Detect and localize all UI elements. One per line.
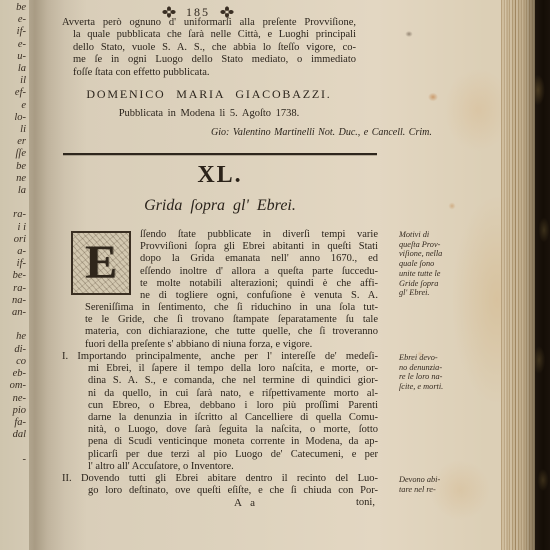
text-line: pena di Scudi venticinque moneta corrent… xyxy=(88,436,378,448)
text-line: viſione, nella xyxy=(399,249,481,259)
text-line: dello Stato, vuole S. A. S., che abbia l… xyxy=(73,42,356,54)
text-line: co xyxy=(0,356,26,368)
text-line: Provviſioni ſopra gli Ebrei abitanti in … xyxy=(140,241,378,253)
text-line: l' altro all' Accuſatore, o Inventore. xyxy=(88,461,378,473)
text-line: ni da quello, in cui ſarà nato, e riſpet… xyxy=(88,388,378,400)
text-line: Gride ſopra xyxy=(399,279,481,289)
text-line: dina S. A. S., e comanda, che nel termin… xyxy=(88,375,378,387)
publication-line: Pubblicata in Modena li 5. Agoſto 1738. xyxy=(62,108,356,119)
text-line: ef- xyxy=(0,87,26,99)
text-line: re le loro na- xyxy=(399,372,481,382)
text-line: be xyxy=(0,161,26,173)
text-line: eb- xyxy=(0,368,26,380)
text-line: u- xyxy=(0,51,26,63)
signature-mark: A a xyxy=(234,497,258,509)
text-line: ra- xyxy=(0,209,26,221)
catchword: toni, xyxy=(356,497,375,508)
closing-paragraph: Avverta però ognuno d' uniformarſi alla … xyxy=(62,17,356,79)
text-line: la quale pubblicata che ſarà nelle Città… xyxy=(73,29,356,41)
section-number: XL. xyxy=(62,162,378,189)
text-line: il xyxy=(0,75,26,87)
text-line: li xyxy=(0,124,26,136)
drop-cap-woodcut: E xyxy=(71,231,131,295)
book-page-edges xyxy=(499,0,535,550)
text-line: ſſendo ſtate pubblicate in diverſi tempi… xyxy=(140,229,378,241)
text-line: lo- xyxy=(0,112,26,124)
text-line: na- xyxy=(0,295,26,307)
intro-text: Sereniſſima in ſentimento, che ſi riduch… xyxy=(85,302,378,351)
text-line: if- xyxy=(0,258,26,270)
decree-item-1: I. Importando principalmente, anche per … xyxy=(62,351,378,473)
margin-note-2: Ebrei devo-no denunzia-re le loro na-ſci… xyxy=(399,353,481,392)
text-line: II. Dovendo tutti gli Ebrei abitare dent… xyxy=(62,473,378,485)
text-line: plicarſi per due terzi al pio Luogo de' … xyxy=(88,449,378,461)
text-line: Sereniſſima in ſentimento, che ſi riduch… xyxy=(85,302,378,314)
decree-item-2: II. Dovendo tutti gli Ebrei abitare dent… xyxy=(62,473,378,497)
text-line: dal xyxy=(0,429,26,441)
text-line: go loro deſtinato, ove queſti eſiſte, e … xyxy=(88,485,378,497)
text-line: ſcite, e morti. xyxy=(399,382,481,392)
text-line: Motivi di xyxy=(399,230,481,240)
notary-line: Gio: Valentino Martinelli Not. Duc., e C… xyxy=(211,127,432,138)
text-line: quale ſono xyxy=(399,259,481,269)
facing-page-fragments: bee-if-e-u-lailef-elo-lierſſebenela ra-i… xyxy=(0,2,29,548)
text-line: e- xyxy=(0,39,26,51)
text-line: la xyxy=(0,185,26,197)
text-line xyxy=(0,441,26,453)
text-line: if- xyxy=(0,26,26,38)
margin-note-3: Devono abi-tare nel re- xyxy=(399,475,481,494)
text-line: nità, o Luogo, dove ſarà ſeguita la naſc… xyxy=(88,424,378,436)
text-line: Ebrei devo- xyxy=(399,353,481,363)
text-line: e xyxy=(0,100,26,112)
text-line: mi Ebrei, il ſapere il tempo della loro … xyxy=(88,363,378,375)
text-line: la xyxy=(0,63,26,75)
margin-note-1: Motivi diqueſta Prov-viſione, nellaquale… xyxy=(399,230,481,298)
text-line: I. Importando principalmente, anche per … xyxy=(62,351,378,363)
text-line: darne la denunzia in iſcritto al Cancell… xyxy=(88,412,378,424)
text-line: tare nel re- xyxy=(399,485,481,495)
text-line xyxy=(0,197,26,209)
text-line: ori xyxy=(0,234,26,246)
text-line: me ſe in ogni Luogo dello Stato mediato,… xyxy=(73,54,356,66)
section-divider-rule xyxy=(63,153,377,155)
text-line: Avverta però ognuno d' uniformarſi alla … xyxy=(62,17,356,29)
text-line: dopo la Grida emanata nell' anno 1670., … xyxy=(140,253,378,265)
section-title: Grida ſopra gl' Ebrei. xyxy=(62,197,378,215)
text-line: ſſe xyxy=(0,148,26,160)
text-line xyxy=(0,319,26,331)
text-line: a- xyxy=(0,246,26,258)
text-line: gl' Ebrei. xyxy=(399,288,481,298)
text-line: er xyxy=(0,136,26,148)
text-line: ne- xyxy=(0,393,26,405)
text-line: om- xyxy=(0,380,26,392)
text-line: ra- xyxy=(0,283,26,295)
text-line: Devono abi- xyxy=(399,475,481,485)
text-line: unite tutte le xyxy=(399,269,481,279)
text-line: cun Ebreo, o Ebrea, debbano i loro più p… xyxy=(88,400,378,412)
text-line: ne xyxy=(0,173,26,185)
text-line: materia, con dichiarazione, che tutte qu… xyxy=(85,326,378,338)
text-line: te molte notabili alterazioni; quindi è … xyxy=(140,278,378,290)
intro-text-beside-cap: ſſendo ſtate pubblicate in diverſi tempi… xyxy=(140,229,378,302)
text-line: di- xyxy=(0,344,26,356)
text-line: fa- xyxy=(0,417,26,429)
drop-cap-letter: E xyxy=(85,239,117,287)
text-line: - xyxy=(0,454,26,466)
text-line: ne di togliere ogni, confuſione è venuta… xyxy=(140,290,378,302)
text-line: pio xyxy=(0,405,26,417)
signatory-name: DOMENICO MARIA GIACOBAZZI. xyxy=(62,87,356,102)
text-line: foſſe ſtata con effetto pubblicata. xyxy=(73,67,356,79)
text-line: fuori della preſente s' abbiano di niuna… xyxy=(85,339,378,351)
text-line: an- xyxy=(0,307,26,319)
text-line: eſſendo inoltre d' allora a queſta parte… xyxy=(140,266,378,278)
text-line: no denunzia- xyxy=(399,363,481,373)
text-line: queſta Prov- xyxy=(399,240,481,250)
text-line: be- xyxy=(0,270,26,282)
book-cover-edge xyxy=(533,0,550,550)
text-line: he xyxy=(0,331,26,343)
text-line: te le Gride, che ſi trovano ſtampate ſep… xyxy=(85,314,378,326)
text-line: i i xyxy=(0,222,26,234)
